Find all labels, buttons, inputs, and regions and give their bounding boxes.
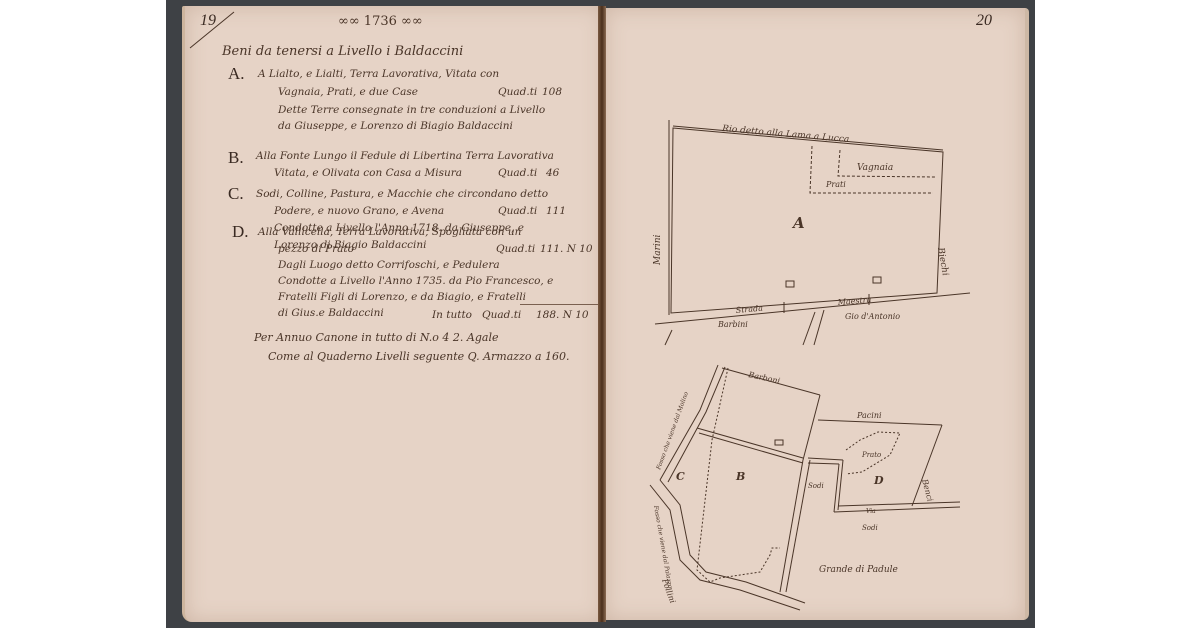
label-prato: Prato [861,451,881,459]
label-grande-padule: Grande di Padule [819,565,898,575]
label-vagnaia: Vagnaia [857,163,893,173]
field-a-boundary [671,128,943,313]
label-sodi-mid: Sodi [808,482,824,490]
label-barbini: Barbini [717,320,748,329]
label-field-c: C [676,470,685,483]
label-top-road: Rio detto alla Lama a Lucca [721,124,850,145]
label-sodi-bottom: Sodi [862,524,878,532]
label-left-border: Marini [653,234,663,266]
estate-map: Rio detto alla Lama a Lucca Vagnaia Prat… [0,0,1200,628]
label-right-border: Biechi [935,246,950,277]
label-pacini: Pacini [856,411,882,420]
label-prati: Prati [825,180,846,189]
label-barboni: Barboni [747,370,782,386]
label-pollini: Pollini [660,577,678,605]
label-gio-antonio: Gio d'Antonio [845,312,900,321]
label-field-a: A [791,214,805,232]
label-field-b: B [735,470,745,483]
label-maestra: Maestra [836,295,871,307]
label-field-d: D [873,474,884,487]
label-benci: Benci [920,477,935,503]
label-fosso-upper: Fosso che viene dal Molino [655,391,690,472]
label-via: Via [866,508,876,515]
label-fosso-lower: Fosso che viene dal Palazzo [652,504,674,589]
